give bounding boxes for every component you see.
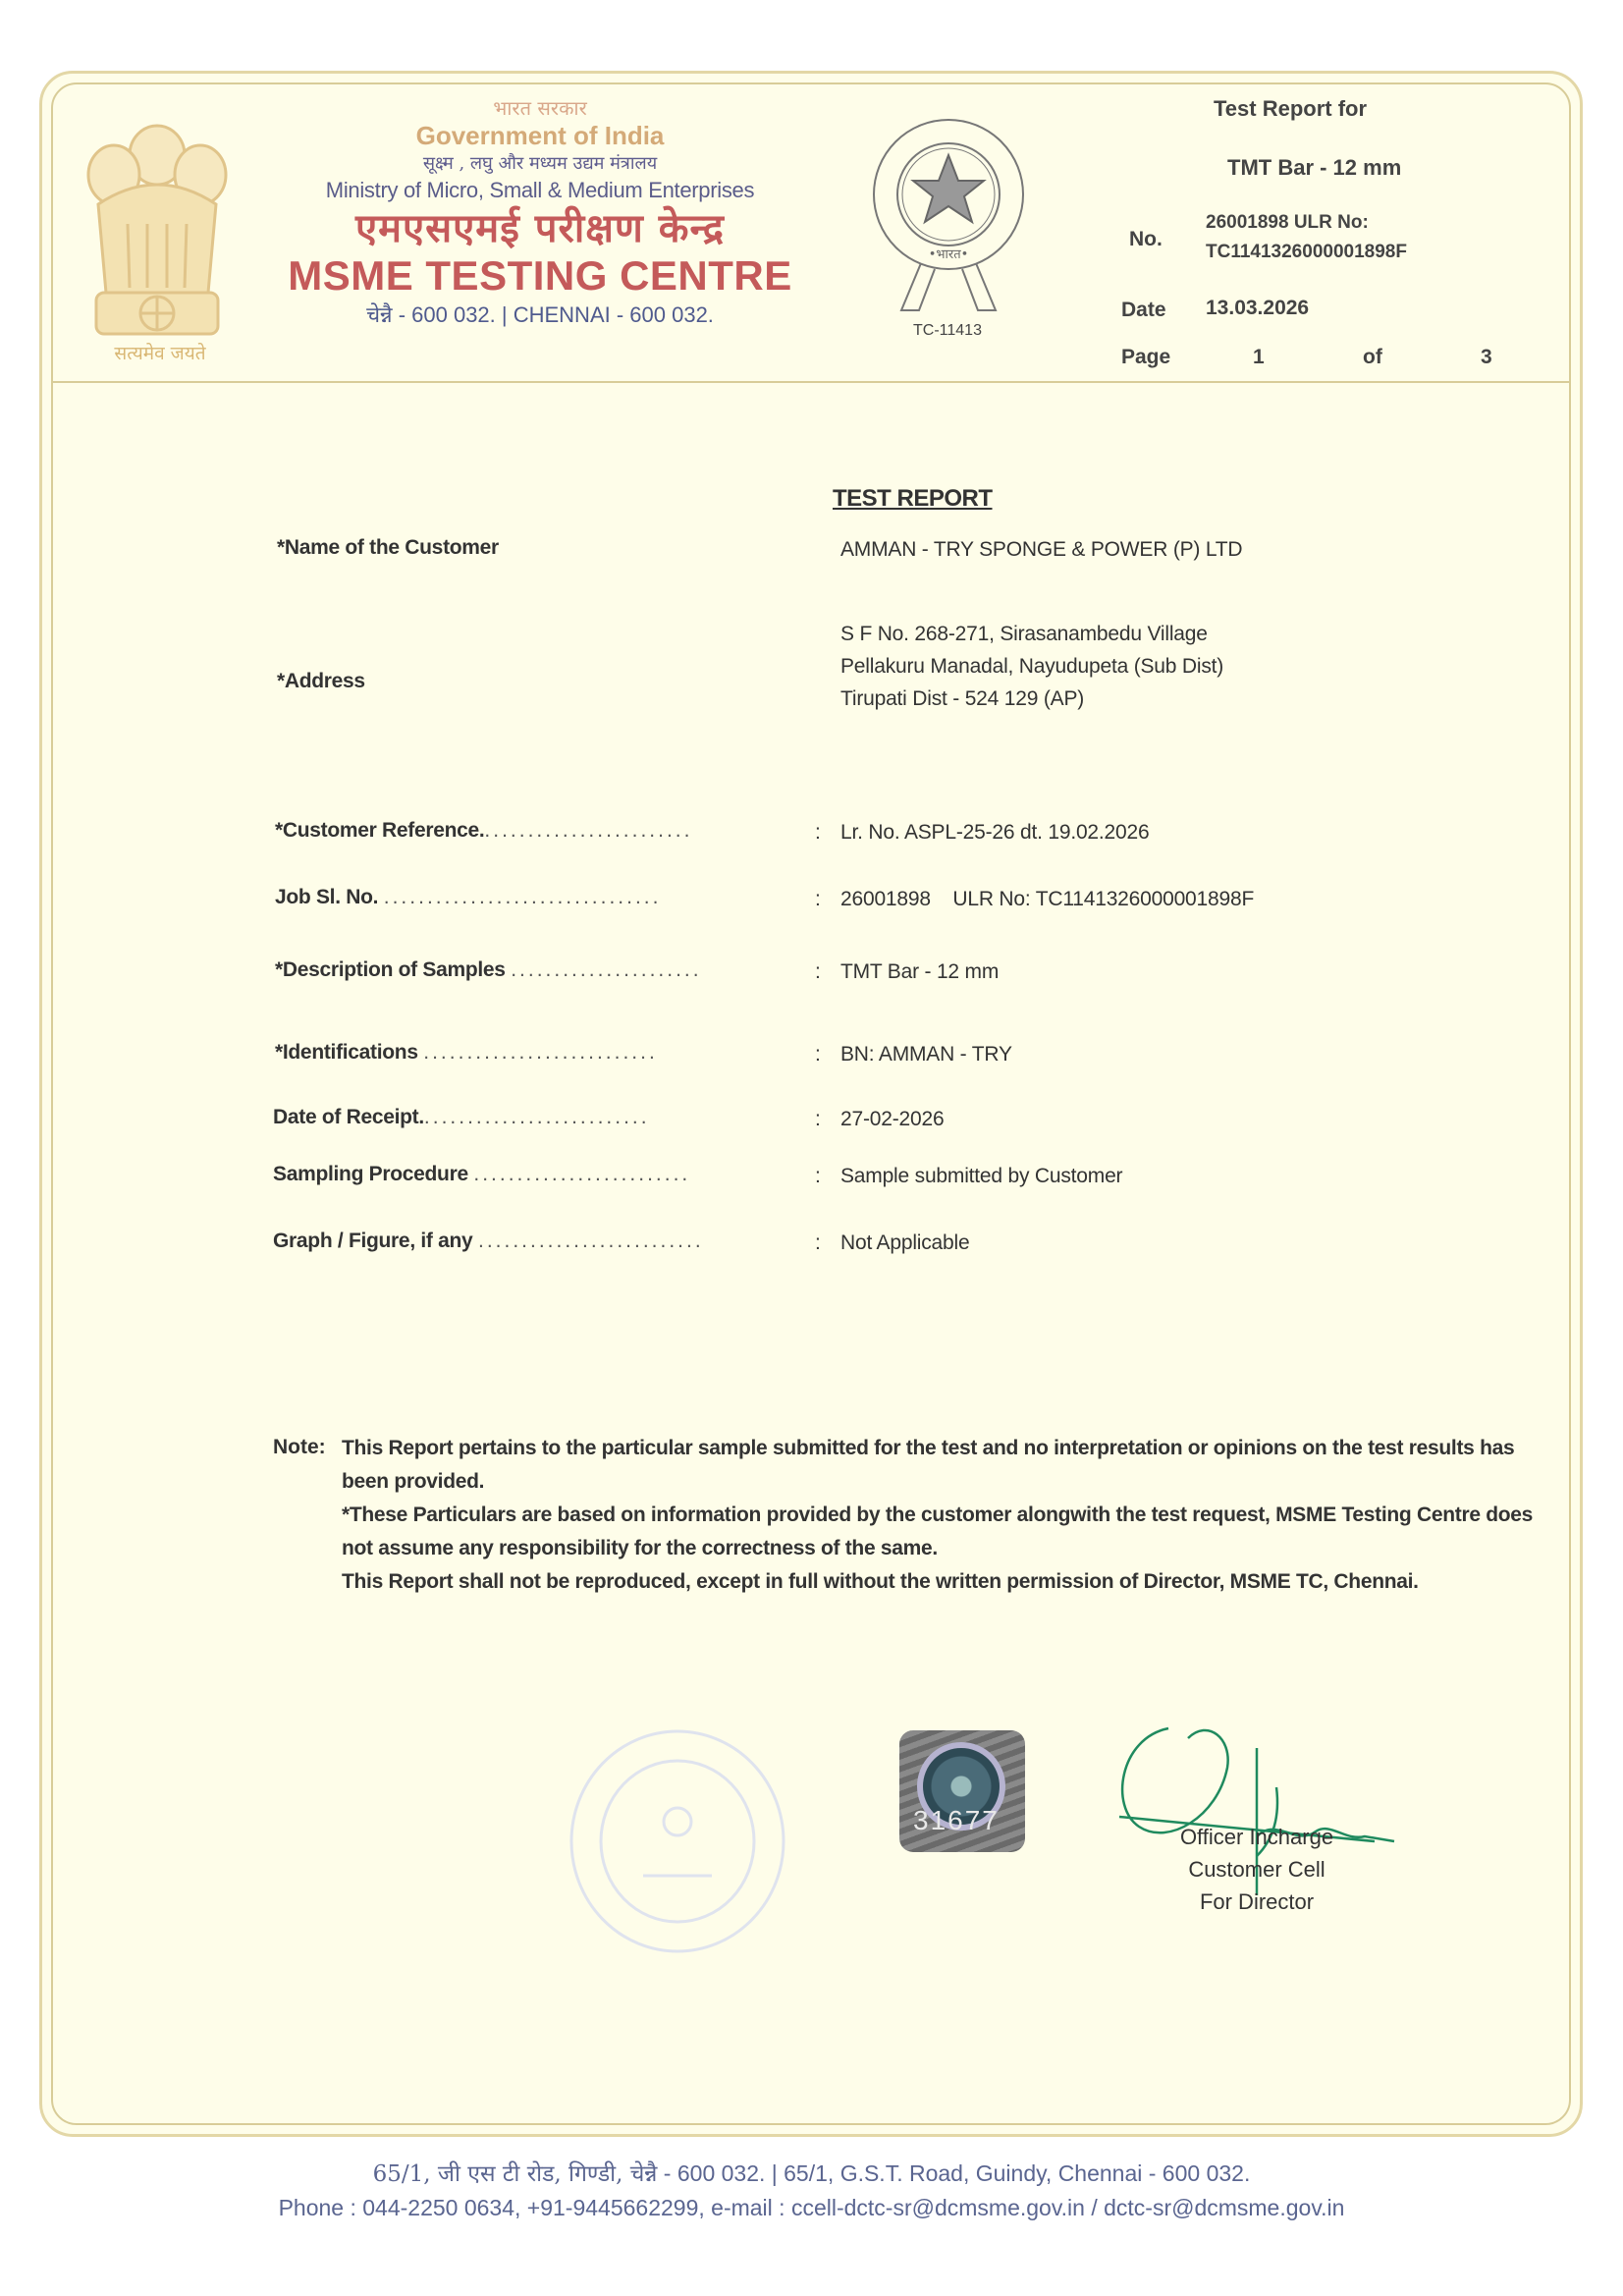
- field-sampling-procedure-value: Sample submitted by Customer: [840, 1165, 1122, 1188]
- field-separator: :: [815, 960, 821, 984]
- customer-name-value: AMMAN - TRY SPONGE & POWER (P) LTD: [840, 538, 1242, 562]
- customer-name-label: *Name of the Customer: [277, 536, 499, 560]
- page-label: Page: [1121, 346, 1170, 369]
- seal-code: TC-11413: [884, 322, 1011, 340]
- footer-address: 65/1, जी एस टी रोड, गिण्डी, चेन्नै - 600…: [0, 2157, 1623, 2191]
- org-hindi-government: भारत सरकार: [265, 96, 815, 120]
- organization-header: भारत सरकार Government of India सूक्ष्म ,…: [265, 96, 815, 332]
- designation-line: Customer Cell: [1159, 1853, 1355, 1886]
- address-line-3: Tirupati Dist - 524 129 (AP): [840, 687, 1084, 711]
- signatory-designation: Officer Incharge Customer Cell For Direc…: [1159, 1821, 1355, 1918]
- page-total: 3: [1481, 346, 1492, 369]
- address-line-2: Pellakuru Manadal, Nayudupeta (Sub Dist): [840, 655, 1223, 679]
- note-body: This Report pertains to the particular s…: [342, 1432, 1540, 1599]
- hologram-number: 31677: [913, 1805, 1000, 1836]
- page-of: of: [1363, 346, 1382, 369]
- report-no-value-line2: TC1141326000001898F: [1206, 242, 1407, 263]
- org-hindi-ministry: सूक्ष्म , लघु और मध्यम उद्यम मंत्रालय: [265, 151, 815, 177]
- designation-line: Officer Incharge: [1159, 1821, 1355, 1853]
- org-government: Government of India: [265, 120, 815, 151]
- field-sampling-procedure-label: Sampling Procedure .....................…: [273, 1163, 690, 1186]
- field-identifications-value: BN: AMMAN - TRY: [840, 1043, 1012, 1066]
- header-divider: [51, 381, 1571, 383]
- report-date-label: Date: [1121, 299, 1166, 322]
- footer-phone-email: Phone : 044-2250 0634, +91-9445662299, e…: [0, 2191, 1623, 2224]
- org-hindi-title: एमएसएमई परीक्षण केन्द्र: [265, 204, 815, 253]
- field-description-value: TMT Bar - 12 mm: [840, 960, 999, 984]
- org-ministry: Ministry of Micro, Small & Medium Enterp…: [265, 177, 815, 204]
- field-graph-figure-label: Graph / Figure, if any .................…: [273, 1230, 704, 1253]
- field-separator: :: [815, 1108, 821, 1131]
- address-line-1: S F No. 268-271, Sirasanambedu Village: [840, 623, 1208, 646]
- note-label: Note:: [273, 1436, 326, 1459]
- note-item: This Report shall not be reproduced, exc…: [342, 1565, 1540, 1599]
- footer-contact: 65/1, जी एस टी रोड, गिण्डी, चेन्नै - 600…: [0, 2157, 1623, 2224]
- field-date-of-receipt-label: Date of Receipt.........................…: [273, 1106, 650, 1129]
- field-graph-figure-value: Not Applicable: [840, 1231, 969, 1255]
- field-description-label: *Description of Samples ................…: [275, 958, 702, 982]
- field-identifications-label: *Identifications .......................…: [275, 1041, 658, 1065]
- address-label: *Address: [277, 670, 365, 693]
- report-title: TEST REPORT: [833, 485, 993, 513]
- field-job-no-value: 26001898 ULR No: TC1141326000001898F: [840, 888, 1254, 911]
- field-separator: :: [815, 1165, 821, 1188]
- report-date-value: 13.03.2026: [1206, 297, 1309, 320]
- report-for-label: Test Report for: [1214, 96, 1367, 122]
- page-current: 1: [1253, 346, 1265, 369]
- emblem-motto: सत्यमेव जयते: [86, 340, 234, 365]
- field-separator: :: [815, 1231, 821, 1255]
- note-item: This Report pertains to the particular s…: [342, 1432, 1540, 1499]
- field-customer-reference-label: *Customer Reference.....................…: [275, 819, 692, 843]
- org-title: MSME TESTING CENTRE: [265, 253, 815, 299]
- field-separator: :: [815, 1043, 821, 1066]
- report-no-label: No.: [1129, 228, 1163, 251]
- office-stamp-icon: [565, 1728, 790, 1954]
- svg-text:•भारत•: •भारत•: [929, 247, 969, 262]
- field-job-no-label: Job Sl. No. ............................…: [275, 886, 661, 909]
- org-city: चेन्नै - 600 032. | CHENNAI - 600 032.: [265, 299, 815, 332]
- report-no-value-line1: 26001898 ULR No:: [1206, 212, 1369, 234]
- note-item: *These Particulars are based on informat…: [342, 1499, 1540, 1565]
- field-separator: :: [815, 821, 821, 845]
- national-emblem-icon: [79, 96, 236, 371]
- field-customer-reference-value: Lr. No. ASPL-25-26 dt. 19.02.2026: [840, 821, 1149, 845]
- designation-line: For Director: [1159, 1886, 1355, 1918]
- security-hologram: 31677: [899, 1730, 1025, 1852]
- field-date-of-receipt-value: 27-02-2026: [840, 1108, 944, 1131]
- accreditation-seal-icon: •भारत•: [862, 116, 1035, 318]
- report-for-value: TMT Bar - 12 mm: [1227, 155, 1401, 181]
- field-separator: :: [815, 888, 821, 911]
